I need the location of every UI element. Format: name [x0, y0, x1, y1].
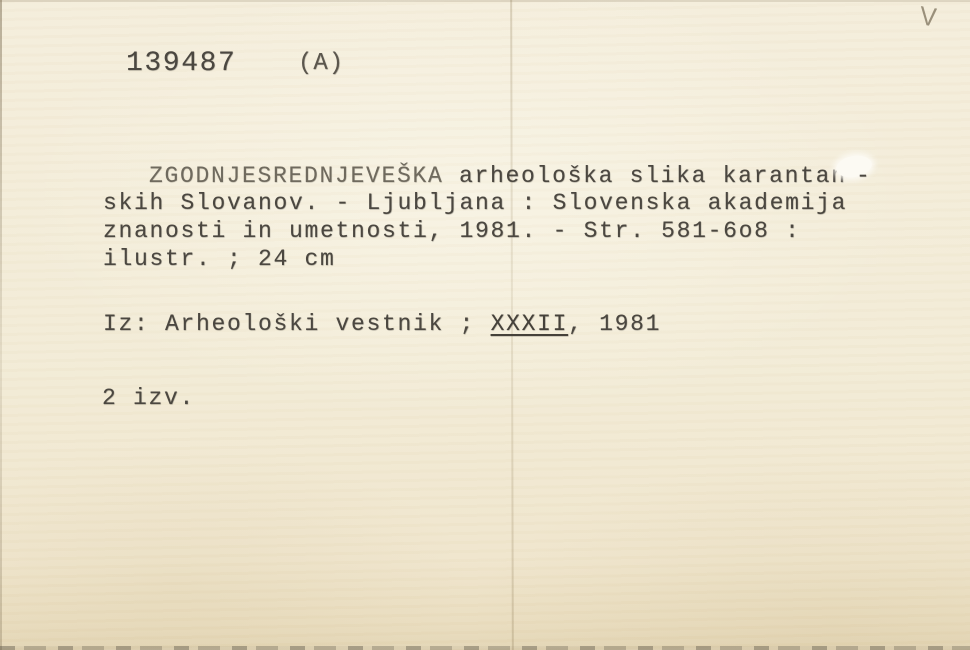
title-line-rest: arheološka slika karantan [444, 163, 847, 189]
source-note-prefix: Iz: Arheološki vestnik ; [103, 311, 491, 337]
card-left-edge [0, 0, 2, 650]
copies-note: 2 izv. [102, 385, 195, 411]
card-top-edge [0, 0, 970, 2]
source-note-volume: XXXII [491, 311, 569, 337]
catalog-number: 139487 [126, 48, 236, 80]
line-end-hyphen: - [856, 163, 872, 189]
description-line-3: znanosti in umetnosti, 1981. - Str. 581-… [103, 218, 801, 244]
classification-mark: (A) [298, 50, 344, 78]
source-note: Iz: Arheološki vestnik ; XXXII, 1981 [103, 311, 661, 337]
catalog-card-scan: 139487 (A) V ZGODNJESREDNJEVEŠKA arheolo… [0, 0, 970, 650]
description-line-4: ilustr. ; 24 cm [103, 246, 336, 272]
title-heading-word: ZGODNJESREDNJEVEŠKA [149, 163, 444, 189]
description-line-1: ZGODNJESREDNJEVEŠKA arheološka slika kar… [103, 163, 847, 189]
source-note-suffix: , 1981 [568, 311, 661, 337]
card-bottom-edge [0, 646, 970, 650]
description-line-2: skih Slovanov. - Ljubljana : Slovenska a… [103, 190, 847, 216]
handwritten-check-mark: V [919, 1, 938, 34]
